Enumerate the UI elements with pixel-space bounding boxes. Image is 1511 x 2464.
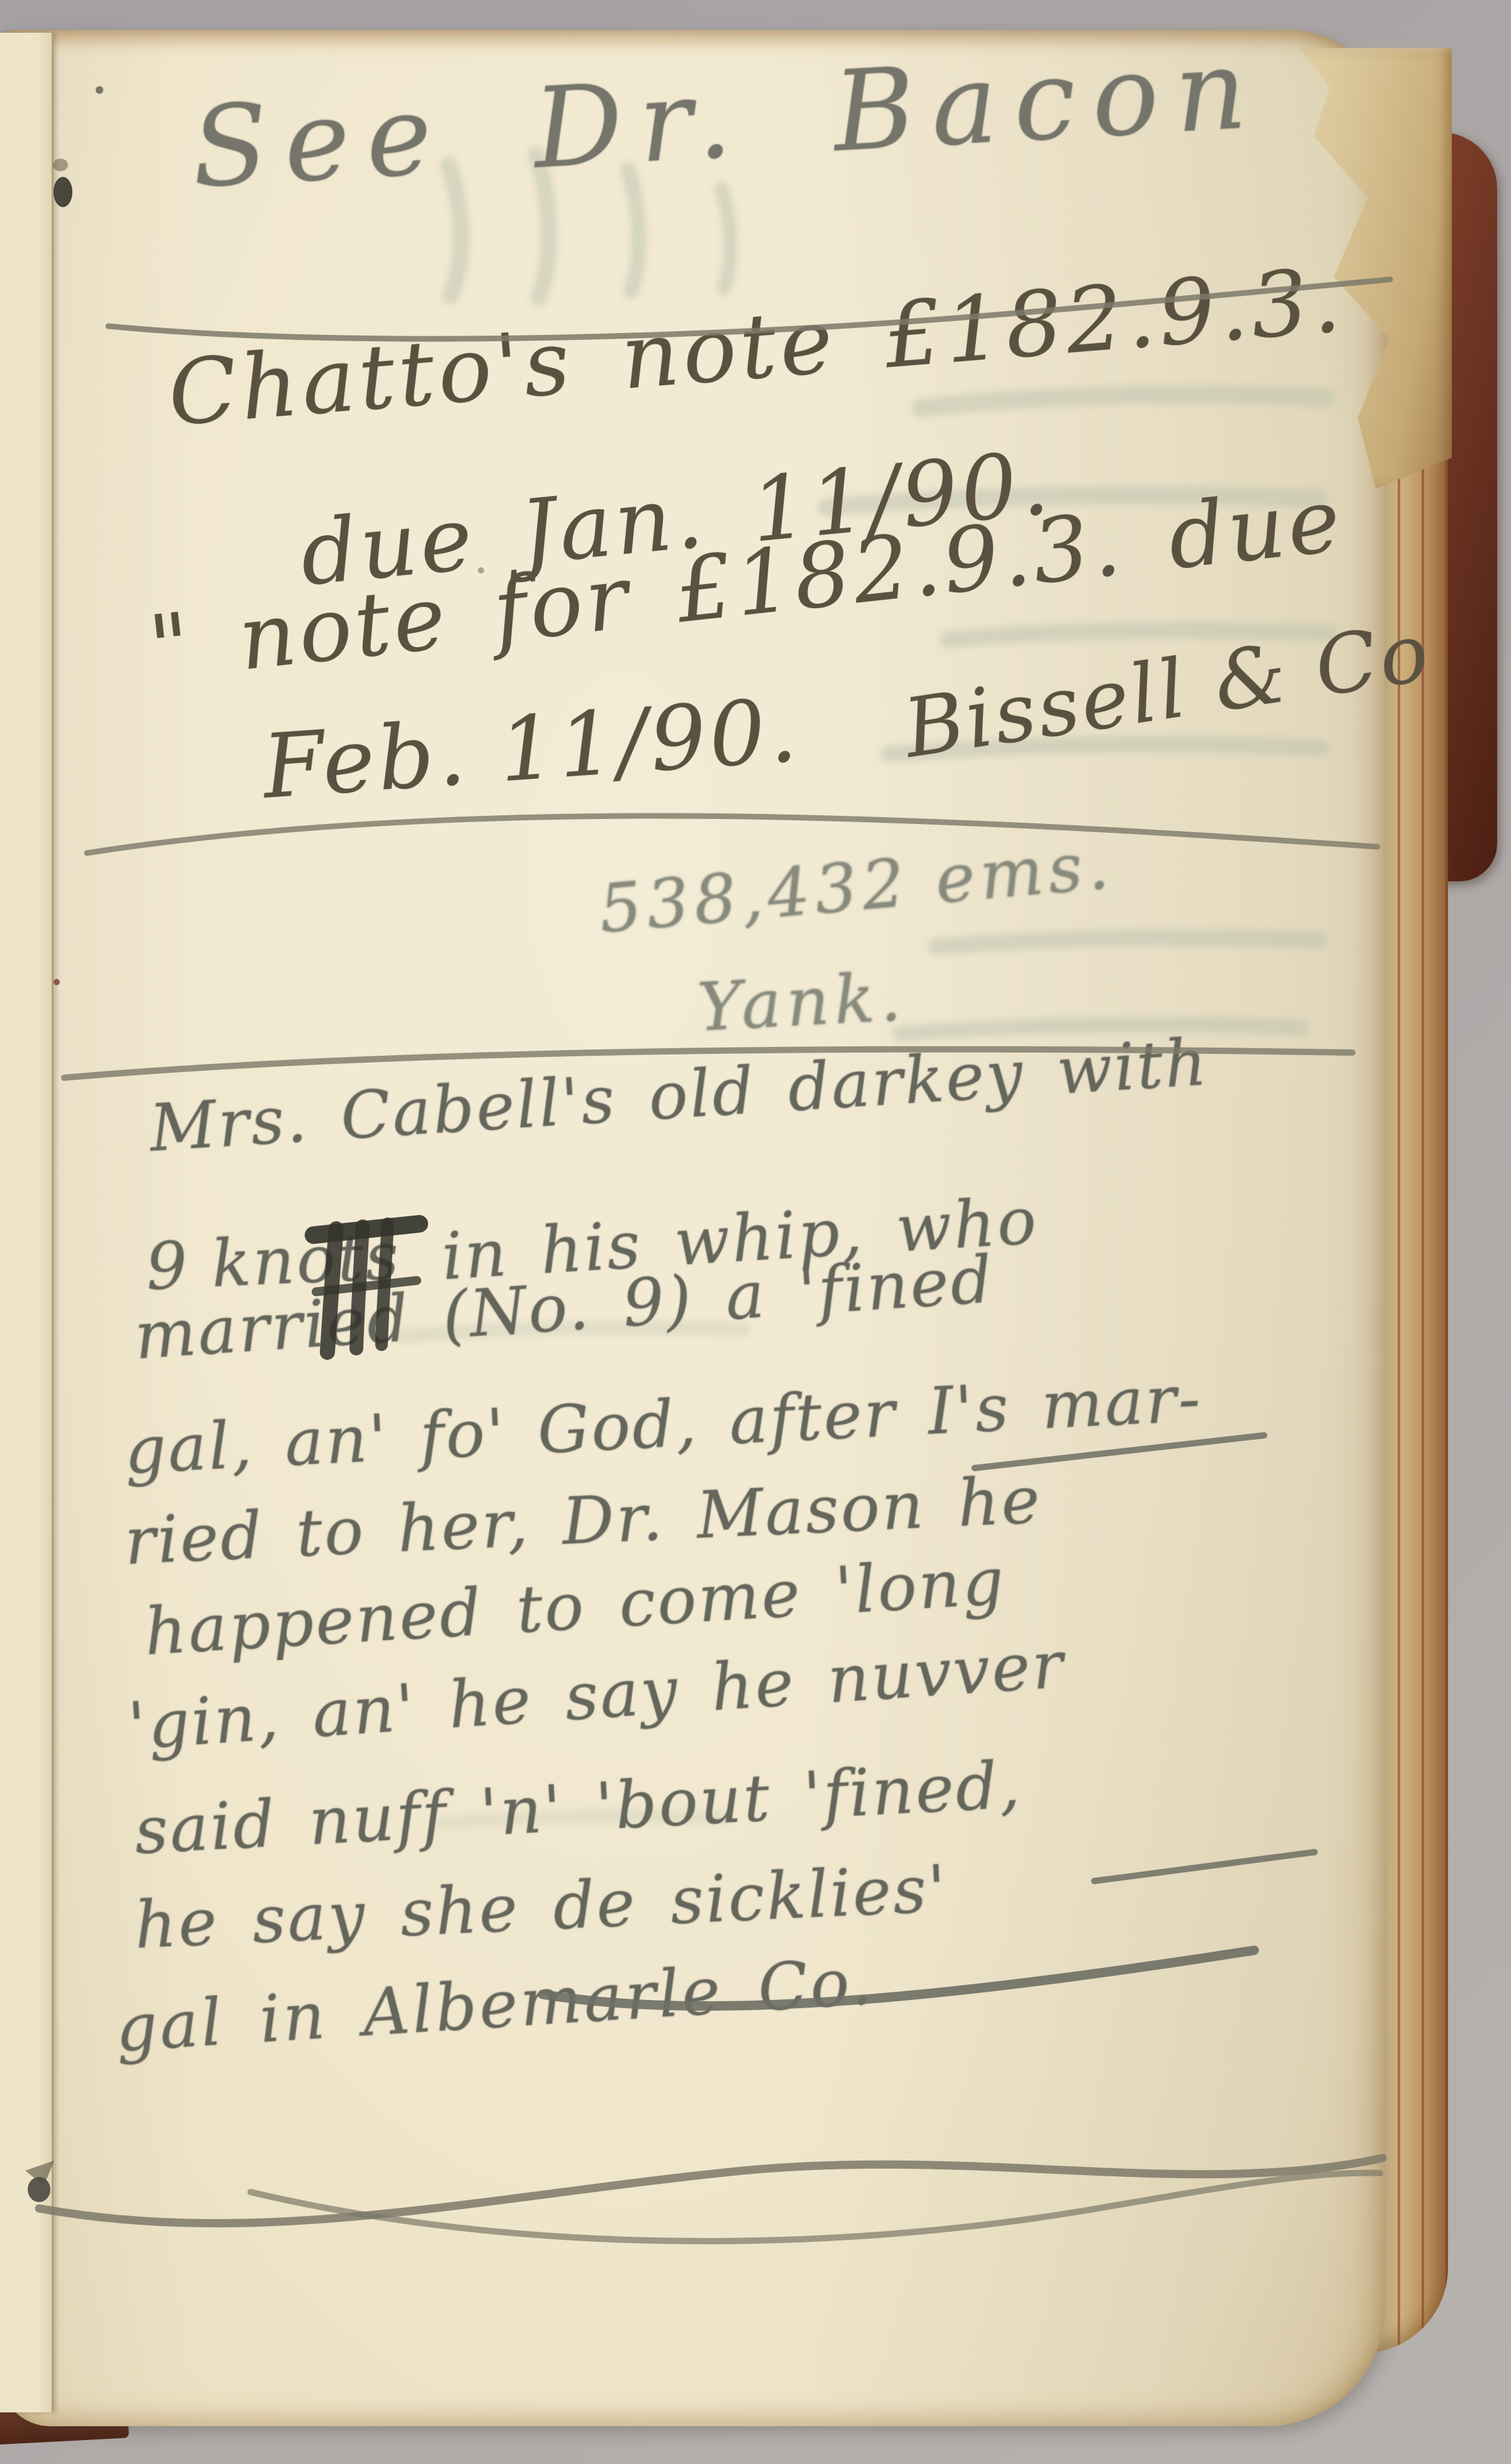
photo-backdrop: See Dr. Bacon Chatto's note £182.9.3. du…	[0, 0, 1511, 2464]
gutter-crease	[0, 33, 54, 2412]
tally-line-2: Yank.	[696, 964, 907, 1041]
